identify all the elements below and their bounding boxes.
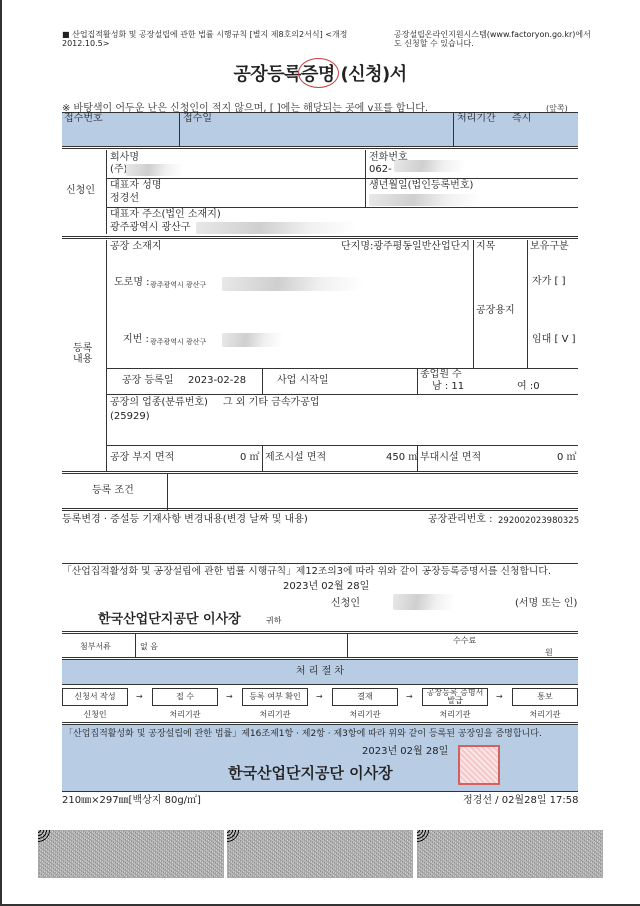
representative-label: 대표자 성명	[110, 180, 161, 192]
redacted-company-name	[126, 164, 182, 176]
divider	[106, 178, 578, 179]
arrow-right-icon: →	[406, 692, 413, 701]
procedure-step-box: 결재	[332, 688, 398, 706]
certification-text: 「산업집적활성화 및 공장설립에 관한 법률」제16조제1항 · 제2항 · 제…	[64, 728, 542, 740]
online-system-note: 공장설립온라인지원시스템(www.factoryon.go.kr)에서도 신청할…	[394, 30, 594, 48]
registration-section-label: 등록 내용	[73, 343, 92, 365]
divider	[262, 445, 263, 472]
attachments-label: 첨부서류	[80, 641, 111, 653]
receipt-row	[62, 112, 578, 146]
divider	[106, 368, 578, 369]
fee-label: 수수료	[453, 635, 476, 647]
factory-mgmt-number-label: 공장관리번호 :	[428, 514, 493, 526]
factory-mgmt-number-value: 292002023980325	[498, 515, 579, 527]
birth-date-label: 생년월일(법인등록번호)	[369, 180, 473, 192]
redacted-road-address	[222, 277, 362, 291]
recipient-name: 한국산업단지공단 이사장	[98, 612, 241, 628]
business-start-label: 사업 시작일	[277, 375, 328, 387]
procedure-step-actor: 처리기관	[422, 709, 488, 720]
declaration-date: 2023년 02월 28일	[283, 581, 369, 593]
lot-address-value: 광주광역시 광산구	[150, 336, 206, 348]
manufacturing-area-label: 제조시설 면적	[265, 452, 326, 464]
redacted-address	[196, 222, 356, 234]
divider	[417, 445, 418, 472]
industry-value: 그 외 기타 금속가공업	[223, 397, 319, 409]
divider	[106, 445, 578, 446]
registration-date-value: 2023-02-28	[188, 375, 246, 387]
divider	[262, 368, 263, 394]
divider	[62, 563, 578, 564]
divider	[417, 368, 418, 394]
security-pattern-2	[227, 830, 413, 878]
employees-male: 남 : 11	[432, 381, 464, 393]
employees-label: 종업원 수	[420, 369, 462, 381]
divider	[62, 791, 578, 792]
scan-icon	[38, 830, 50, 842]
receipt-date-label: 접수일	[183, 113, 212, 125]
arrow-right-icon: →	[226, 692, 233, 701]
procedure-step-box: 등록 여부 확인	[242, 688, 308, 706]
divider	[365, 150, 366, 208]
procedure-step-actor: 처리기관	[242, 709, 308, 720]
procedure-step-box: 신청서 작성	[62, 688, 128, 706]
representative-value: 정경선	[110, 193, 139, 205]
divider	[62, 236, 578, 239]
land-category-label: 지목	[476, 241, 495, 253]
divider	[135, 634, 136, 658]
attachments-value: 없 음	[140, 641, 158, 653]
employees-female: 여 :0	[517, 381, 540, 393]
certification-issuer: 한국산업단지공단 이사장	[228, 764, 393, 782]
divider	[167, 474, 168, 510]
redacted-applicant-name	[393, 594, 453, 610]
divider	[62, 684, 578, 685]
form-reference-note: ■ 산업집적활성화 및 공장설립에 관한 법률 시행규칙 [별지 제8호의2서식…	[62, 30, 362, 48]
divider	[527, 240, 528, 368]
divider	[347, 634, 348, 658]
applicant-section-label: 신청인	[66, 185, 95, 197]
divider	[106, 394, 578, 395]
security-pattern-1	[38, 830, 224, 878]
processing-period-value: 즉시	[512, 113, 531, 125]
procedure-step-box: 통보	[512, 688, 578, 706]
title-suffix: (신청)서	[335, 64, 407, 85]
divider	[179, 112, 180, 146]
divider	[62, 112, 578, 113]
site-area-label: 공장 부지 면적	[110, 452, 174, 464]
divider	[62, 631, 578, 634]
registration-conditions-label: 등록 조건	[92, 485, 134, 497]
redacted-lot-address	[222, 333, 282, 347]
procedure-step-actor: 처리기관	[332, 709, 398, 720]
divider	[62, 508, 578, 511]
divider	[106, 150, 107, 234]
industry-label: 공장의 업종(분류번호)	[110, 397, 208, 409]
change-history-label: 등록변경 · 증설등 기재사항 변경내용(변경 날짜 및 내용)	[62, 514, 308, 526]
certification-date: 2023년 02월 28일	[362, 746, 448, 758]
declaration-text: 「산업집적활성화 및 공장설립에 관한 법률 시행규칙」제12조의3에 따라 위…	[62, 566, 551, 578]
ownership-own-option: 자가 [ ]	[532, 276, 565, 288]
arrow-right-icon: →	[316, 692, 323, 701]
divider	[453, 112, 454, 146]
procedure-step-actor: 처리기관	[152, 709, 218, 720]
title-circled: 증명	[301, 60, 335, 86]
scan-icon	[417, 830, 429, 842]
divider	[62, 146, 578, 149]
road-address-value: 광주광역시 광산구	[150, 279, 206, 291]
address-label: 대표자 주소(법인 소재지)	[110, 209, 221, 221]
ownership-label: 보유구분	[530, 241, 569, 253]
procedure-title: 처 리 절 차	[0, 666, 640, 678]
procedure-step-box: 접 수	[152, 688, 218, 706]
industry-code: (25929)	[110, 411, 150, 423]
arrow-right-icon: →	[496, 692, 503, 701]
company-name-value: (주)	[110, 164, 127, 176]
ownership-lease-option: 임대 [ V ]	[532, 334, 576, 346]
redacted-phone	[394, 160, 464, 172]
page-left-edge	[0, 0, 2, 906]
procedure-step-box: 공장등록 증명서발급	[422, 688, 488, 706]
road-address-label: 도로명 :	[114, 277, 150, 289]
divider	[106, 240, 107, 472]
applicant-signature-label: 신청인	[331, 598, 360, 610]
divider	[473, 240, 474, 368]
arrow-right-icon: →	[136, 692, 143, 701]
site-area-value: 0 ㎡	[240, 452, 260, 464]
security-pattern-3	[417, 830, 603, 878]
official-seal-stamp	[458, 745, 500, 785]
factory-location-label: 공장 소재지	[110, 241, 161, 253]
processing-period-label: 처리기간	[457, 113, 496, 125]
signature-hint: (서명 또는 인)	[515, 598, 577, 610]
receipt-number-label: 접수번호	[64, 113, 103, 125]
procedure-step-actor: 처리기관	[512, 709, 578, 720]
redacted-birth-date	[369, 194, 479, 206]
title-prefix: 공장등록	[233, 64, 301, 85]
industrial-complex-name: 단지명:광주평동일반산업단지	[341, 241, 470, 253]
issued-by-timestamp: 정경선 / 02월28일 17:58	[463, 795, 578, 807]
page-title: 공장등록증명 (신청)서	[0, 60, 640, 86]
land-category-value: 공장용지	[476, 305, 515, 317]
scan-icon	[227, 830, 239, 842]
manufacturing-area-value: 450 ㎡	[386, 452, 418, 464]
procedure-step-actor: 신청인	[62, 709, 128, 720]
phone-value: 062-	[369, 164, 392, 176]
recipient-suffix: 귀하	[266, 615, 281, 627]
registration-date-label: 공장 등록일	[122, 375, 173, 387]
lot-address-label: 지번 :	[123, 334, 149, 346]
auxiliary-area-label: 부대시설 면적	[420, 452, 481, 464]
divider	[106, 207, 578, 208]
auxiliary-area-value: 0 ㎡	[557, 452, 577, 464]
paper-spec: 210㎜×297㎜[백상지 80g/㎡]	[62, 795, 201, 807]
company-name-label: 회사명	[110, 152, 139, 164]
address-value: 광주광역시 광산구	[110, 222, 190, 234]
divider	[62, 471, 578, 474]
